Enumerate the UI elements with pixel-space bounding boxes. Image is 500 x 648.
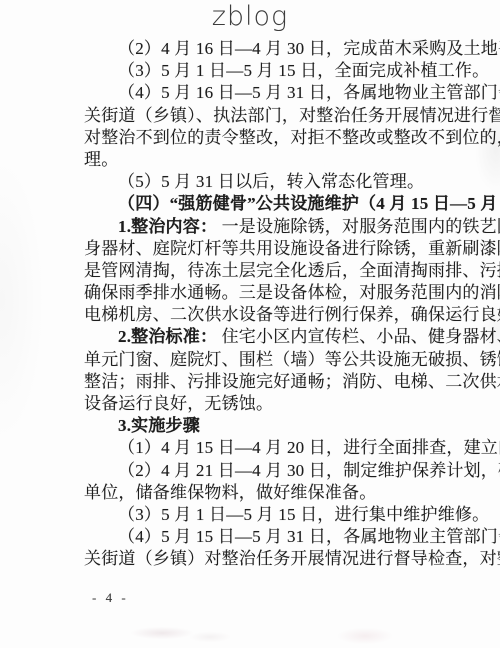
document-page: zblog （2）4 月 16 日—4 月 30 日，完成苗木采购及土地平整。 … bbox=[0, 0, 500, 648]
document-line-text: （3）5 月 1 日—5 月 15 日，进行集中维护维修。 bbox=[118, 505, 489, 524]
document-line-text: 设备运行良好，无锈蚀。 bbox=[84, 394, 273, 413]
document-line-text: 关街道（乡镇）对整治任务开展情况进行督导检查，对整治不到 bbox=[84, 549, 500, 568]
document-line: 3.实施步骤 bbox=[84, 415, 488, 437]
document-line: （2）4 月 16 日—4 月 30 日，完成苗木采购及土地平整。 bbox=[84, 38, 488, 60]
document-line: 设备运行良好，无锈蚀。 bbox=[84, 393, 488, 415]
document-line: 理。 bbox=[84, 149, 488, 171]
document-line-text: （4）5 月 15 日—5 月 31 日，各属地物业主管部门会同各相 bbox=[118, 527, 500, 546]
document-line: 整洁；雨排、污排设施完好通畅；消防、电梯、二次供水等设施 bbox=[84, 371, 488, 393]
document-line: 电梯机房、二次供水设备等进行例行保养，确保运行良好。 bbox=[84, 304, 488, 326]
document-line: （3）5 月 1 日—5 月 15 日，全面完成补植工作。 bbox=[84, 60, 488, 82]
document-line-text: （5）5 月 31 日以后，转入常态化管理。 bbox=[118, 172, 424, 191]
document-line: （2）4 月 21 日—4 月 30 日，制定维护保养计划，确定维保 bbox=[84, 460, 488, 482]
document-line: 确保雨季排水通畅。三是设备体检，对服务范围内的消防泵房、 bbox=[84, 282, 488, 304]
document-line-text: 单位，储备维保物料，做好维保准备。 bbox=[84, 483, 376, 502]
document-line-text: 确保雨季排水通畅。三是设备体检，对服务范围内的消防泵房、 bbox=[84, 283, 500, 302]
document-line-text: （4）5 月 16 日—5 月 31 日，各属地物业主管部门会同各相 bbox=[118, 83, 500, 102]
document-line: 关街道（乡镇）、执法部门，对整治任务开展情况进行督导检查， bbox=[84, 105, 488, 127]
document-line-text: 住宅小区内宣传栏、小品、健身器材、桌椅、 bbox=[222, 327, 500, 346]
document-line-emphasis: 2.整治标准： bbox=[118, 327, 217, 346]
document-body: （2）4 月 16 日—4 月 30 日，完成苗木采购及土地平整。 （3）5 月… bbox=[84, 38, 488, 571]
document-line-text: （2）4 月 16 日—4 月 30 日，完成苗木采购及土地平整。 bbox=[118, 39, 500, 58]
document-line-text: 身器材、庭院灯杆等共用设施设备进行除锈，重新刷漆防腐。二 bbox=[84, 239, 500, 258]
document-line-text: （1）4 月 15 日—4 月 20 日，进行全面排查，建立问题台账。 bbox=[118, 438, 500, 457]
document-line-text: 理。 bbox=[84, 150, 118, 169]
document-line-text: 单元门窗、庭院灯、围栏（墙）等公共设施无破损、锈蚀，干净 bbox=[84, 350, 500, 369]
document-line: 是管网清掏，待冻土层完全化透后，全面清掏雨排、污排管网， bbox=[84, 260, 488, 282]
document-line: 单位，储备维保物料，做好维保准备。 bbox=[84, 482, 488, 504]
document-line-text: 关街道（乡镇）、执法部门，对整治任务开展情况进行督导检查， bbox=[84, 106, 500, 125]
document-line-text: 整洁；雨排、污排设施完好通畅；消防、电梯、二次供水等设施 bbox=[84, 372, 500, 391]
document-line: 2.整治标准： 住宅小区内宣传栏、小品、健身器材、桌椅、 bbox=[84, 326, 488, 348]
document-line-text: （3）5 月 1 日—5 月 15 日，全面完成补植工作。 bbox=[118, 61, 489, 80]
document-line-emphasis: 1.整治内容： bbox=[118, 217, 217, 236]
document-line-text: 电梯机房、二次供水设备等进行例行保养，确保运行良好。 bbox=[84, 305, 500, 324]
document-line: 身器材、庭院灯杆等共用设施设备进行除锈，重新刷漆防腐。二 bbox=[84, 238, 488, 260]
document-line-text: 是管网清掏，待冻土层完全化透后，全面清掏雨排、污排管网， bbox=[84, 261, 500, 280]
document-line: （5）5 月 31 日以后，转入常态化管理。 bbox=[84, 171, 488, 193]
document-line: 单元门窗、庭院灯、围栏（墙）等公共设施无破损、锈蚀，干净 bbox=[84, 349, 488, 371]
document-line-text: 对整治不到位的责令整改，对拒不整改或整改不到位的，依法处 bbox=[84, 128, 500, 147]
document-line: （1）4 月 15 日—4 月 20 日，进行全面排查，建立问题台账。 bbox=[84, 437, 488, 459]
page-number: - 4 - bbox=[92, 590, 129, 606]
document-line: 关街道（乡镇）对整治任务开展情况进行督导检查，对整治不到 bbox=[84, 548, 488, 570]
document-line-emphasis: 3.实施步骤 bbox=[118, 416, 200, 435]
document-line: （4）5 月 15 日—5 月 31 日，各属地物业主管部门会同各相 bbox=[84, 526, 488, 548]
document-line: （4）5 月 16 日—5 月 31 日，各属地物业主管部门会同各相 bbox=[84, 82, 488, 104]
document-line: 1.整治内容： 一是设施除锈，对服务范围内的铁艺围栏、健 bbox=[84, 216, 488, 238]
document-line: 对整治不到位的责令整改，对拒不整改或整改不到位的，依法处 bbox=[84, 127, 488, 149]
document-line: （四）“强筋健骨”公共设施维护（4 月 15 日—5 月 15 日） bbox=[84, 193, 488, 215]
document-line-emphasis: （四）“强筋健骨”公共设施维护（4 月 15 日—5 月 15 日） bbox=[118, 194, 500, 213]
document-line: （3）5 月 1 日—5 月 15 日，进行集中维护维修。 bbox=[84, 504, 488, 526]
site-title[interactable]: zblog bbox=[0, 1, 500, 32]
document-line-text: 一是设施除锈，对服务范围内的铁艺围栏、健 bbox=[222, 217, 500, 236]
document-line-text: （2）4 月 21 日—4 月 30 日，制定维护保养计划，确定维保 bbox=[118, 461, 500, 480]
